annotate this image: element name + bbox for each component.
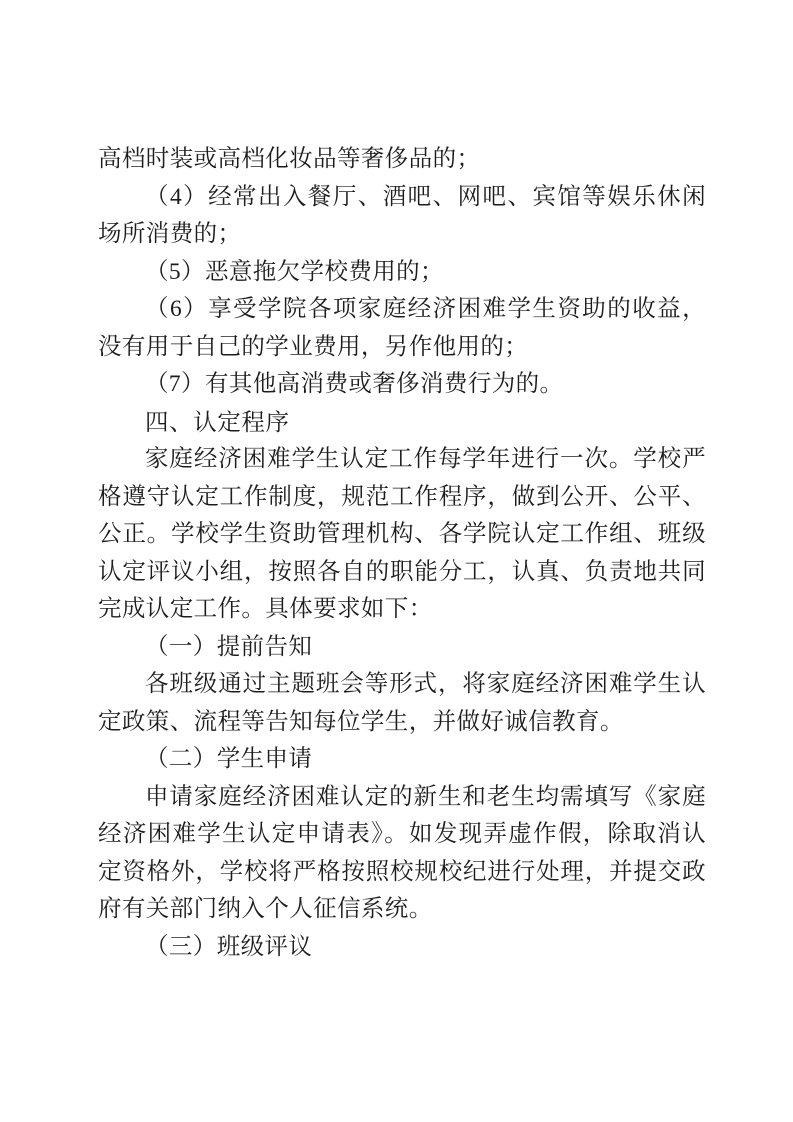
paragraph-luxury-items-continuation: 高档时装或高档化妆品等奢侈品的；	[98, 141, 706, 179]
paragraph-item-7-other-luxury-spending: （7）有其他高消费或奢侈消费行为的。	[98, 366, 706, 404]
subheading-3-class-review: （三）班级评议	[98, 929, 706, 967]
paragraph-student-application-detail: 申请家庭经济困难认定的新生和老生均需填写《家庭经济困难学生认定申请表》。如发现弄…	[98, 779, 706, 929]
paragraph-item-4-entertainment-venues: （4）经常出入餐厅、酒吧、网吧、宾馆等娱乐休闲场所消费的；	[98, 179, 706, 254]
paragraph-item-6-misused-aid: （6）享受学院各项家庭经济困难学生资助的收益，没有用于自己的学业费用，另作他用的…	[98, 291, 706, 366]
paragraph-item-5-owed-fees: （5）恶意拖欠学校费用的；	[98, 254, 706, 292]
section-heading-identification-procedure: 四、认定程序	[98, 404, 706, 442]
subheading-1-advance-notice: （一）提前告知	[98, 629, 706, 667]
subheading-2-student-application: （二）学生申请	[98, 741, 706, 779]
paragraph-procedure-overview: 家庭经济困难学生认定工作每学年进行一次。学校严格遵守认定工作制度，规范工作程序，…	[98, 441, 706, 629]
paragraph-advance-notice-detail: 各班级通过主题班会等形式，将家庭经济困难学生认定政策、流程等告知每位学生，并做好…	[98, 666, 706, 741]
document-page: 高档时装或高档化妆品等奢侈品的； （4）经常出入餐厅、酒吧、网吧、宾馆等娱乐休闲…	[0, 0, 793, 1122]
